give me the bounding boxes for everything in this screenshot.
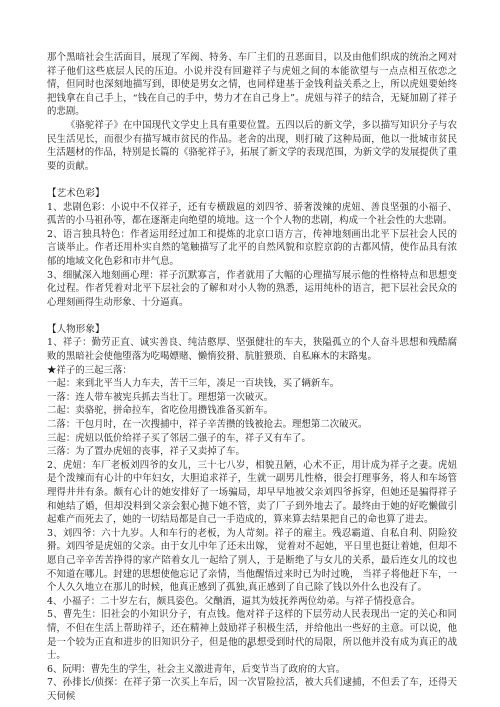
list-item: 一落：连人带车被宪兵抓去当壮丁。理想第一次破灭。 xyxy=(47,391,457,405)
list-item: 一起：来到北平当人力车夫，苦干三年，凑足一百块钱，买了辆新车。 xyxy=(47,377,457,391)
list-item: 2、虎妞：车厂老板刘四爷的女儿，三十七八岁，相貌丑陋，心术不正，用计成为祥子之妻… xyxy=(47,459,457,527)
list-item: 三落：为了置办虎妞的丧事，祥子又卖掉了车。 xyxy=(47,445,457,459)
intro-paragraph: 那个黑暗社会生活面目，展现了军阀、特务、车厂主们的丑恶面目，以及由他们织成的统治… xyxy=(47,51,457,119)
intro-paragraph: 《骆驼祥子》在中国现代文学史上具有重要位置。五四以后的新文学，多以描写知识分子与… xyxy=(47,119,457,173)
spacer xyxy=(47,173,457,187)
list-item: 3、细腻深入地刻画心理：祥子沉默寡言，作者就用了大幅的心理描写展示他的性格特点和… xyxy=(47,269,457,310)
section-heading: 【艺术色彩】 xyxy=(47,187,457,201)
subheading: ★祥子的三起三落： xyxy=(47,364,457,378)
list-item: 三起：虎妞以低价给祥子买了邻居二强子的车，祥子又有车了。 xyxy=(47,432,457,446)
list-item: 1、祥子：勤劳正直、诚实善良、纯洁憨厚、坚强健壮的车夫，狭隘孤立的个人奋斗思想和… xyxy=(47,336,457,363)
list-item: 二落：干包月时，在一次搜捕中，祥子辛苦攒的钱被抢去。理想第二次破灭。 xyxy=(47,418,457,432)
list-item: 二起：卖骆驼，拼命拉车，省吃俭用攒钱准备买新车。 xyxy=(47,404,457,418)
list-item: 5、曹先生：旧社会的小知识分子，有点钱。他对祥子这样的下层劳动人民表现出一定的关… xyxy=(47,608,457,662)
list-item: 3、刘四爷：六十九岁。人和车行的老板，为人苛刻。祥子的雇主。残忍霸道、自私自利、… xyxy=(47,527,457,595)
document-page: 那个黑暗社会生活面目，展现了军阀、特务、车厂主们的丑恶面目，以及由他们织成的统治… xyxy=(47,51,457,704)
list-item: 1、悲剧色彩：小说中不仅祥子，还有专横跋扈的刘四爷、骄奢泼辣的虎妞、善良坚强的小… xyxy=(47,201,457,228)
list-item: 2、语言独具特色：作者运用经过加工和提炼的北京口语方言，传神地刻画出北平下层社会… xyxy=(47,228,457,269)
list-item: 6、阮明：曹先生的学生，社会主义激进青年，后变节当了政府的大官。 xyxy=(47,663,457,677)
list-item: 4、小福子：二十岁左右，颇具姿色。父酗酒，逼其为妓抚养两位幼弟。与祥子情投意合。 xyxy=(47,595,457,609)
art-section: 【艺术色彩】 1、悲剧色彩：小说中不仅祥子，还有专横跋扈的刘四爷、骄奢泼辣的虎妞… xyxy=(47,187,457,309)
page-number: 6 xyxy=(247,641,252,650)
list-item: 7、孙排长/侦探：在祥子第一次买上车后，因一次冒险拉活，被大兵们逮捕，不但丢了车… xyxy=(47,676,457,703)
section-heading: 【人物形象】 xyxy=(47,323,457,337)
spacer xyxy=(47,309,457,323)
